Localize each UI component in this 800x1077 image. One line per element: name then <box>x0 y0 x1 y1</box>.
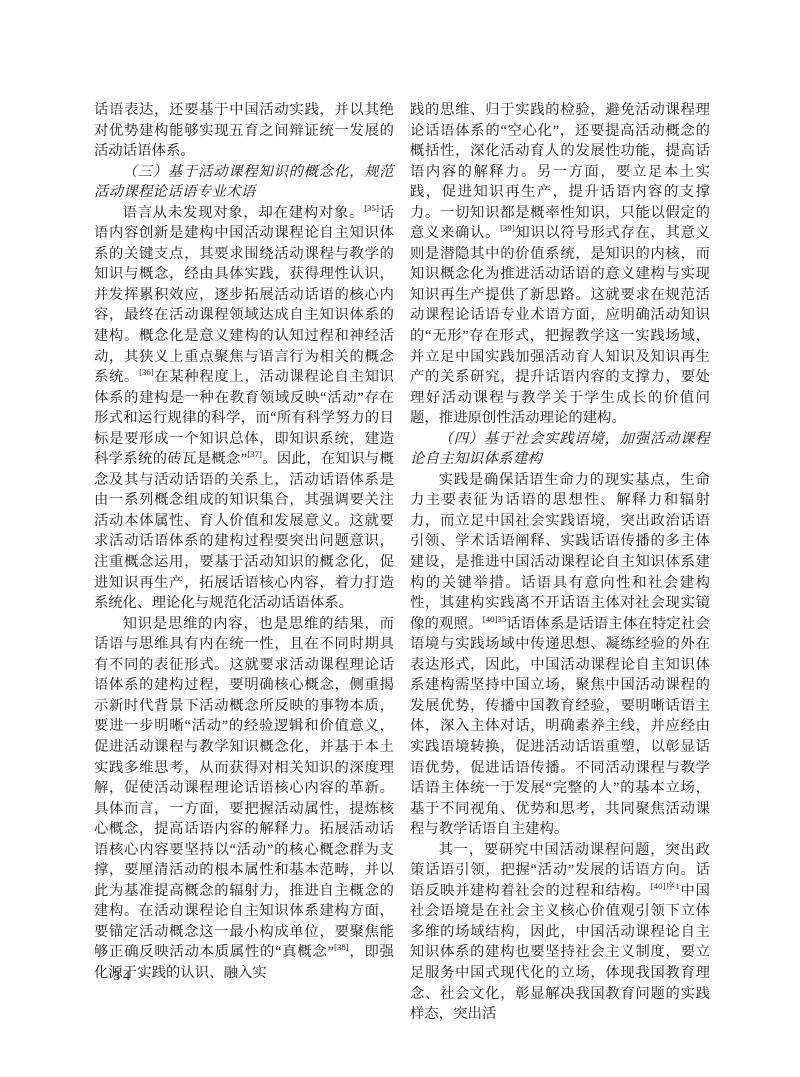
citation-ref: [36] <box>139 367 154 377</box>
paragraph-text: 实践是确保话语生命力的现实基点，生命力主要表征为话语的思想性、解释力和辐射力，而… <box>410 472 710 632</box>
paragraph-text: 。因此，在知识与概念及其与活动话语的关系上，活动话语体系是由一系列概念组成的知识… <box>94 451 394 611</box>
page-number: · 34 · <box>99 969 147 985</box>
paragraph-continuation: 话语表达，还要基于中国活动实践，并以其绝对优势建构能够实现五育之间辩证统一发展的… <box>94 100 394 162</box>
citation-ref: [35] <box>364 203 379 213</box>
citation-ref: [40]35 <box>483 614 506 624</box>
paragraph: 语言从未发现对象，却在建构对象。[35]话语内容创新是建构中国活动课程论自主知识… <box>94 203 394 614</box>
paragraph-text: 语言从未发现对象，却在建构对象。 <box>123 205 365 221</box>
two-column-text-area: 话语表达，还要基于中国活动实践，并以其绝对优势建构能够实现五育之间辩证统一发展的… <box>94 100 710 1025</box>
paragraph: 实践是确保话语生命力的现实基点，生命力主要表征为话语的思想性、解释力和辐射力，而… <box>410 470 710 840</box>
paragraph-text: 知识是思维的内容，也是思维的结果，而话语与思维具有内在统一性，且在不同时期具有不… <box>94 616 394 961</box>
citation-ref: [37] <box>247 450 262 460</box>
section-heading-3: （三）基于活动课程知识的概念化，规范活动课程论话语专业术语 <box>94 162 394 203</box>
paragraph-text: 话语表达，还要基于中国活动实践，并以其绝对优势建构能够实现五育之间辩证统一发展的… <box>94 102 394 159</box>
section-heading-4: （四）基于社会实践语境，加强活动课程论自主知识体系建构 <box>410 429 710 470</box>
paragraph-text: 话语体系是话语主体在特定社会语境与实践场域中传递思想、凝练经验的外在表达形式，因… <box>410 616 710 837</box>
paragraph-continuation: 践的思维、归于实践的检验，避免活动课程理论话语体系的“空心化”，还要提高活动概念… <box>410 100 710 429</box>
citation-ref: [39] <box>500 224 515 234</box>
paragraph-text: 践的思维、归于实践的检验，避免活动课程理论话语体系的“空心化”，还要提高活动概念… <box>410 102 710 241</box>
right-column: 践的思维、归于实践的检验，避免活动课程理论话语体系的“空心化”，还要提高活动概念… <box>410 100 710 1025</box>
paragraph: 其一，要研究中国活动课程问题，突出政策话语引领，把握“活动”发展的话语方向。话语… <box>410 840 710 1025</box>
paragraph: 知识是思维的内容，也是思维的结果，而话语与思维具有内在统一性，且在不同时期具有不… <box>94 614 394 984</box>
paragraph-text: 中国社会语境是在社会主义核心价值观引领下立体多维的场域结构，因此，中国活动课程论… <box>410 883 710 1022</box>
paragraph-text: 话语内容创新是建构中国活动课程论自主知识体系的关键支点，其要求围绕活动课程与教学… <box>94 205 394 385</box>
journal-page: 话语表达，还要基于中国活动实践，并以其绝对优势建构能够实现五育之间辩证统一发展的… <box>0 0 800 1077</box>
section-heading-text: （四）基于社会实践语境，加强活动课程论自主知识体系建构 <box>410 431 710 468</box>
section-heading-text: （三）基于活动课程知识的概念化，规范活动课程论话语专业术语 <box>94 164 394 201</box>
left-column: 话语表达，还要基于中国活动实践，并以其绝对优势建构能够实现五育之间辩证统一发展的… <box>94 100 394 1025</box>
citation-ref: [38] <box>334 943 349 953</box>
citation-ref: [40]序1 <box>651 881 680 891</box>
paragraph-text: 知识以符号形式存在，其意义则是潜隐其中的价值系统，是知识的内核，而知识概念化为推… <box>410 225 710 426</box>
